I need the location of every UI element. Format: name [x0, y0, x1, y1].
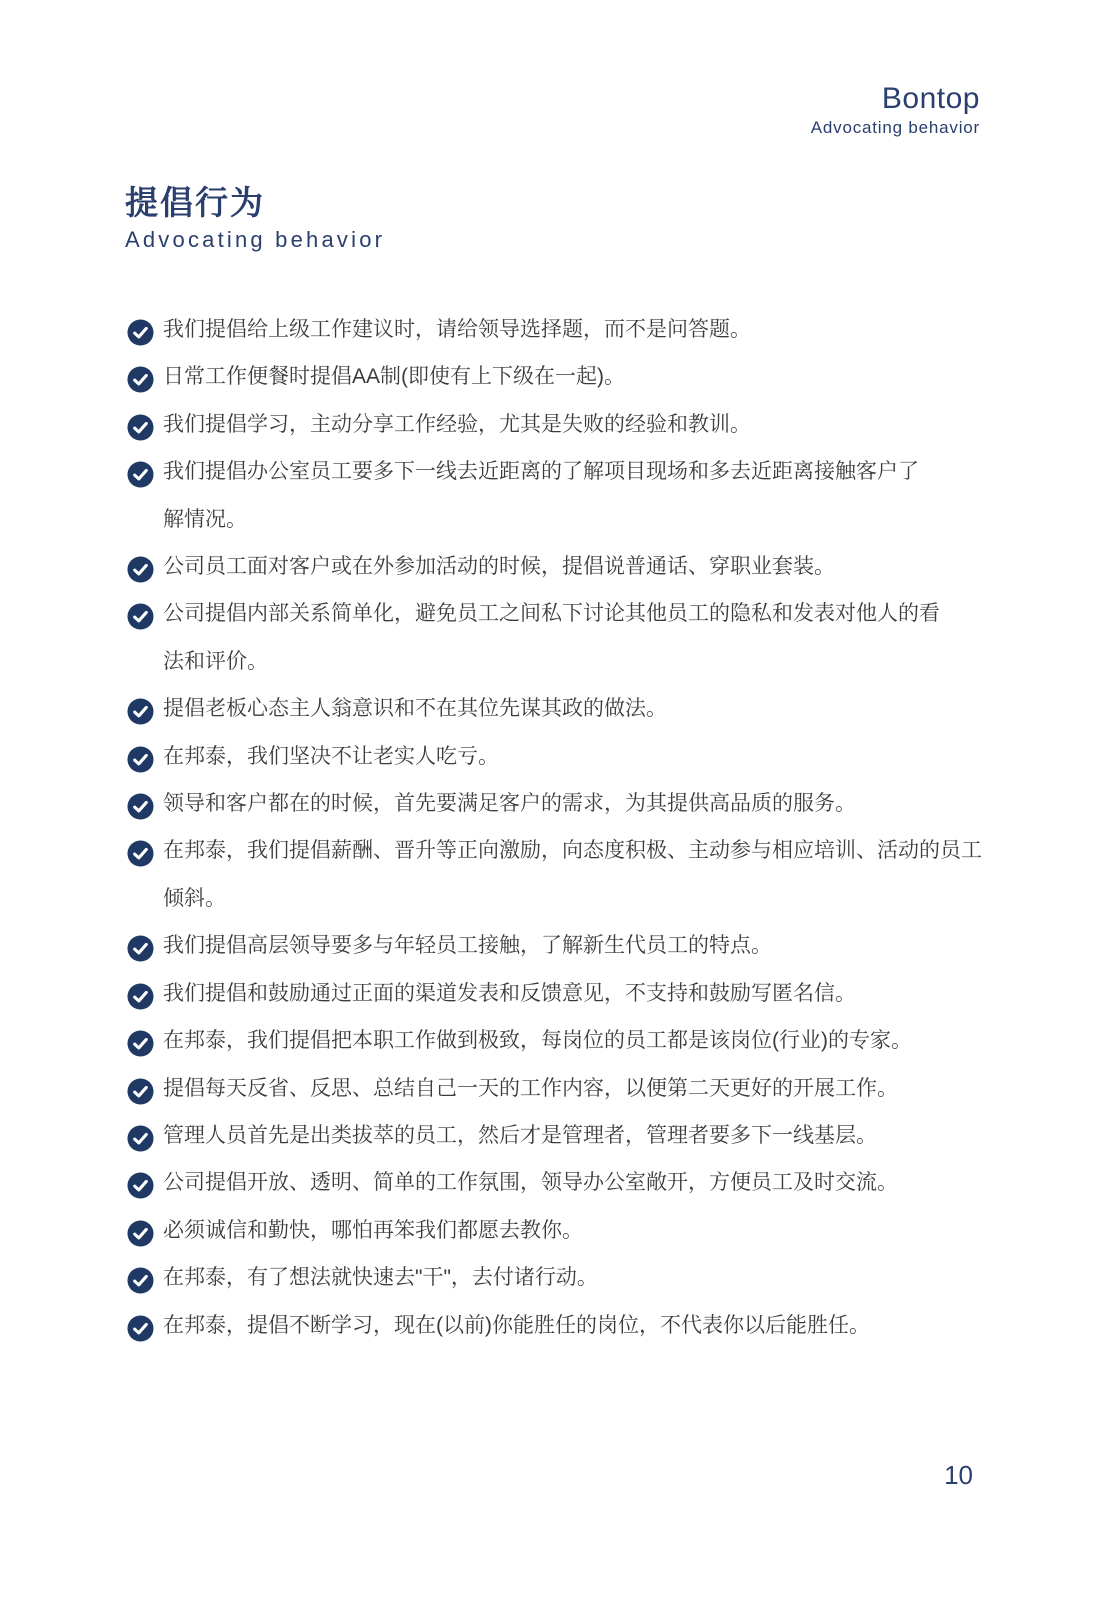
title-block: 提倡行为 Advocating behavior [125, 186, 385, 251]
check-circle-icon [127, 600, 154, 627]
check-circle-icon [127, 411, 154, 438]
list-item: 我们提倡和鼓励通过正面的渠道发表和反馈意见，不支持和鼓励写匿名信。 [127, 970, 1027, 1017]
list-item-text: 在邦泰，有了想法就快速去"干"，去付诸行动。 [163, 1266, 598, 1289]
check-circle-icon [127, 1075, 154, 1102]
list-item: 日常工作便餐时提倡AA制(即使有上下级在一起)。 [127, 353, 1027, 400]
advocating-list: 我们提倡给上级工作建议时，请给领导选择题，而不是问答题。 日常工作便餐时提倡AA… [127, 306, 1027, 1349]
list-item: 公司提倡内部关系简单化，避免员工之间私下讨论其他员工的隐私和发表对他人的看 法和… [127, 590, 1027, 685]
list-item: 公司提倡开放、透明、简单的工作氛围，领导办公室敞开，方便员工及时交流。 [127, 1159, 1027, 1206]
check-circle-icon [127, 695, 154, 722]
check-circle-icon [127, 553, 154, 580]
list-item: 公司员工面对客户或在外参加活动的时候，提倡说普通话、穿职业套装。 [127, 543, 1027, 590]
list-item-text: 在邦泰，我们坚决不让老实人吃亏。 [163, 745, 499, 768]
check-circle-icon [127, 316, 154, 343]
list-item-text: 我们提倡学习，主动分享工作经验，尤其是失败的经验和教训。 [163, 413, 751, 436]
check-circle-icon [127, 980, 154, 1007]
list-item-text: 我们提倡高层领导要多与年轻员工接触，了解新生代员工的特点。 [163, 934, 772, 957]
check-circle-icon [127, 1312, 154, 1339]
list-item-text: 我们提倡给上级工作建议时，请给领导选择题，而不是问答题。 [163, 318, 751, 341]
page-title-en: Advocating behavior [125, 229, 385, 251]
list-item: 必须诚信和勤快，哪怕再笨我们都愿去教你。 [127, 1207, 1027, 1254]
brand-name: Bontop [811, 84, 980, 114]
list-item-text: 日常工作便餐时提倡AA制(即使有上下级在一起)。 [163, 365, 625, 388]
list-item: 在邦泰，有了想法就快速去"干"，去付诸行动。 [127, 1254, 1027, 1301]
check-circle-icon [127, 1264, 154, 1291]
list-item: 我们提倡学习，主动分享工作经验，尤其是失败的经验和教训。 [127, 401, 1027, 448]
list-item: 管理人员首先是出类拔萃的员工，然后才是管理者，管理者要多下一线基层。 [127, 1112, 1027, 1159]
check-circle-icon [127, 1169, 154, 1196]
page-number: 10 [944, 1462, 973, 1488]
list-item: 在邦泰，我们坚决不让老实人吃亏。 [127, 733, 1027, 780]
check-circle-icon [127, 790, 154, 817]
list-item-text: 公司员工面对客户或在外参加活动的时候，提倡说普通话、穿职业套装。 [163, 555, 835, 578]
list-item-text: 在邦泰，我们提倡薪酬、晋升等正向激励，向态度积极、主动参与相应培训、活动的员工 … [163, 839, 982, 909]
list-item-text: 在邦泰，提倡不断学习，现在(以前)你能胜任的岗位，不代表你以后能胜任。 [163, 1314, 870, 1337]
list-item: 我们提倡高层领导要多与年轻员工接触，了解新生代员工的特点。 [127, 922, 1027, 969]
list-item: 提倡每天反省、反思、总结自己一天的工作内容，以便第二天更好的开展工作。 [127, 1065, 1027, 1112]
list-item-text: 管理人员首先是出类拔萃的员工，然后才是管理者，管理者要多下一线基层。 [163, 1124, 877, 1147]
list-item-text: 在邦泰，我们提倡把本职工作做到极致，每岗位的员工都是该岗位(行业)的专家。 [163, 1029, 912, 1052]
check-circle-icon [127, 1027, 154, 1054]
page-title: 提倡行为 [125, 186, 385, 219]
list-item-text: 公司提倡开放、透明、简单的工作氛围，领导办公室敞开，方便员工及时交流。 [163, 1171, 898, 1194]
list-item: 在邦泰，提倡不断学习，现在(以前)你能胜任的岗位，不代表你以后能胜任。 [127, 1302, 1027, 1349]
list-item: 在邦泰，我们提倡薪酬、晋升等正向激励，向态度积极、主动参与相应培训、活动的员工 … [127, 827, 1027, 922]
list-item-text: 领导和客户都在的时候，首先要满足客户的需求，为其提供高品质的服务。 [163, 792, 856, 815]
list-item-text: 提倡老板心态主人翁意识和不在其位先谋其政的做法。 [163, 697, 667, 720]
list-item-text: 提倡每天反省、反思、总结自己一天的工作内容，以便第二天更好的开展工作。 [163, 1077, 898, 1100]
list-item-text: 我们提倡和鼓励通过正面的渠道发表和反馈意见，不支持和鼓励写匿名信。 [163, 982, 856, 1005]
page-header: Bontop Advocating behavior [811, 84, 980, 136]
check-circle-icon [127, 932, 154, 959]
check-circle-icon [127, 1217, 154, 1244]
document-page: Bontop Advocating behavior 提倡行为 Advocati… [0, 0, 1093, 1600]
check-circle-icon [127, 743, 154, 770]
check-circle-icon [127, 837, 154, 864]
check-circle-icon [127, 363, 154, 390]
list-item: 提倡老板心态主人翁意识和不在其位先谋其政的做法。 [127, 685, 1027, 732]
check-circle-icon [127, 458, 154, 485]
list-item-text: 公司提倡内部关系简单化，避免员工之间私下讨论其他员工的隐私和发表对他人的看 法和… [163, 602, 940, 672]
brand-subtitle: Advocating behavior [811, 119, 980, 136]
list-item: 领导和客户都在的时候，首先要满足客户的需求，为其提供高品质的服务。 [127, 780, 1027, 827]
list-item-text: 必须诚信和勤快，哪怕再笨我们都愿去教你。 [163, 1219, 583, 1242]
list-item: 我们提倡办公室员工要多下一线去近距离的了解项目现场和多去近距离接触客户了 解情况… [127, 448, 1027, 543]
list-item: 在邦泰，我们提倡把本职工作做到极致，每岗位的员工都是该岗位(行业)的专家。 [127, 1017, 1027, 1064]
list-item: 我们提倡给上级工作建议时，请给领导选择题，而不是问答题。 [127, 306, 1027, 353]
list-item-text: 我们提倡办公室员工要多下一线去近距离的了解项目现场和多去近距离接触客户了 解情况… [163, 460, 919, 530]
check-circle-icon [127, 1122, 154, 1149]
